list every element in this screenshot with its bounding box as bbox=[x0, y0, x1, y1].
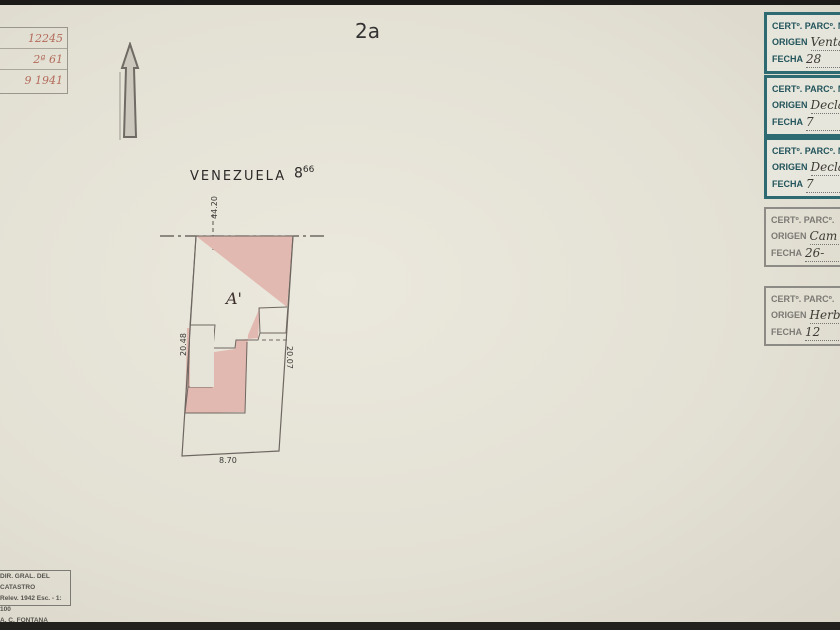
stamp-date-label: FECHA bbox=[771, 245, 802, 262]
catastro-stamp: DIR. GRAL. DEL CATASTRO Relev. 1942 Esc.… bbox=[0, 570, 71, 606]
certificate-stamp-5: CERTº. PARCº. ORIGENHerb FECHA12 bbox=[764, 286, 840, 346]
stamp-origin-value: Cam bbox=[810, 228, 840, 245]
catastro-line-1: DIR. GRAL. DEL CATASTRO bbox=[0, 571, 70, 593]
cadastral-sheet: 12245 2ª 61 9 1941 2a VENEZUELA 866 44.2… bbox=[0, 5, 840, 625]
stamp-origin-label: ORIGEN bbox=[772, 34, 808, 51]
stamp-origin-value: Declar bbox=[811, 97, 840, 114]
left-side-dimension: 20.48 bbox=[179, 333, 188, 356]
back-dimension: 8.70 bbox=[219, 456, 237, 465]
right-side-dimension: 20.07 bbox=[285, 346, 294, 369]
stamp-date-label: FECHA bbox=[772, 114, 803, 131]
stamp-title: CERTº. PARCº. N bbox=[772, 143, 840, 159]
certificate-stamp-4: CERTº. PARCº. ORIGENCam FECHA26- bbox=[764, 207, 840, 267]
stamp-origin-label: ORIGEN bbox=[771, 307, 807, 324]
stamp-date-value: 12 bbox=[805, 324, 840, 341]
stamp-date-label: FECHA bbox=[772, 176, 803, 193]
stamp-origin-label: ORIGEN bbox=[771, 228, 807, 245]
certificate-stamp-3: CERTº. PARCº. N ORIGENDeclar FECHA7 bbox=[764, 137, 840, 199]
stamp-title: CERTº. PARCº. N bbox=[772, 18, 840, 34]
stamp-origin-value: Venta bbox=[811, 34, 840, 51]
stamp-origin-label: ORIGEN bbox=[772, 159, 808, 176]
lot-label: A' bbox=[226, 289, 242, 308]
stamp-title: CERTº. PARCº. bbox=[771, 291, 840, 307]
stamp-date-value: 26- bbox=[805, 245, 840, 262]
stamp-origin-value: Herb bbox=[810, 307, 840, 324]
stamp-date-value: 28 bbox=[806, 51, 840, 68]
stamp-origin-value: Declar bbox=[811, 159, 840, 176]
scan-edge bbox=[0, 622, 840, 630]
stamp-date-label: FECHA bbox=[772, 51, 803, 68]
stamp-title: CERTº. PARCº. N bbox=[772, 81, 840, 97]
stamp-date-label: FECHA bbox=[771, 324, 802, 341]
certificate-stamp-1: CERTº. PARCº. N ORIGENVenta FECHA28 bbox=[764, 12, 840, 74]
stamp-date-value: 7 bbox=[806, 176, 840, 193]
stamp-origin-label: ORIGEN bbox=[772, 97, 808, 114]
catastro-line-2: Relev. 1942 Esc. - 1: 100 bbox=[0, 593, 70, 615]
certificate-stamp-2: CERTº. PARCº. N ORIGENDeclar FECHA7 bbox=[764, 75, 840, 137]
stamp-title: CERTº. PARCº. bbox=[771, 212, 840, 228]
parcel-plan bbox=[0, 5, 840, 625]
front-offset-dimension: 44.20 bbox=[210, 196, 219, 219]
stamp-date-value: 7 bbox=[806, 114, 840, 131]
